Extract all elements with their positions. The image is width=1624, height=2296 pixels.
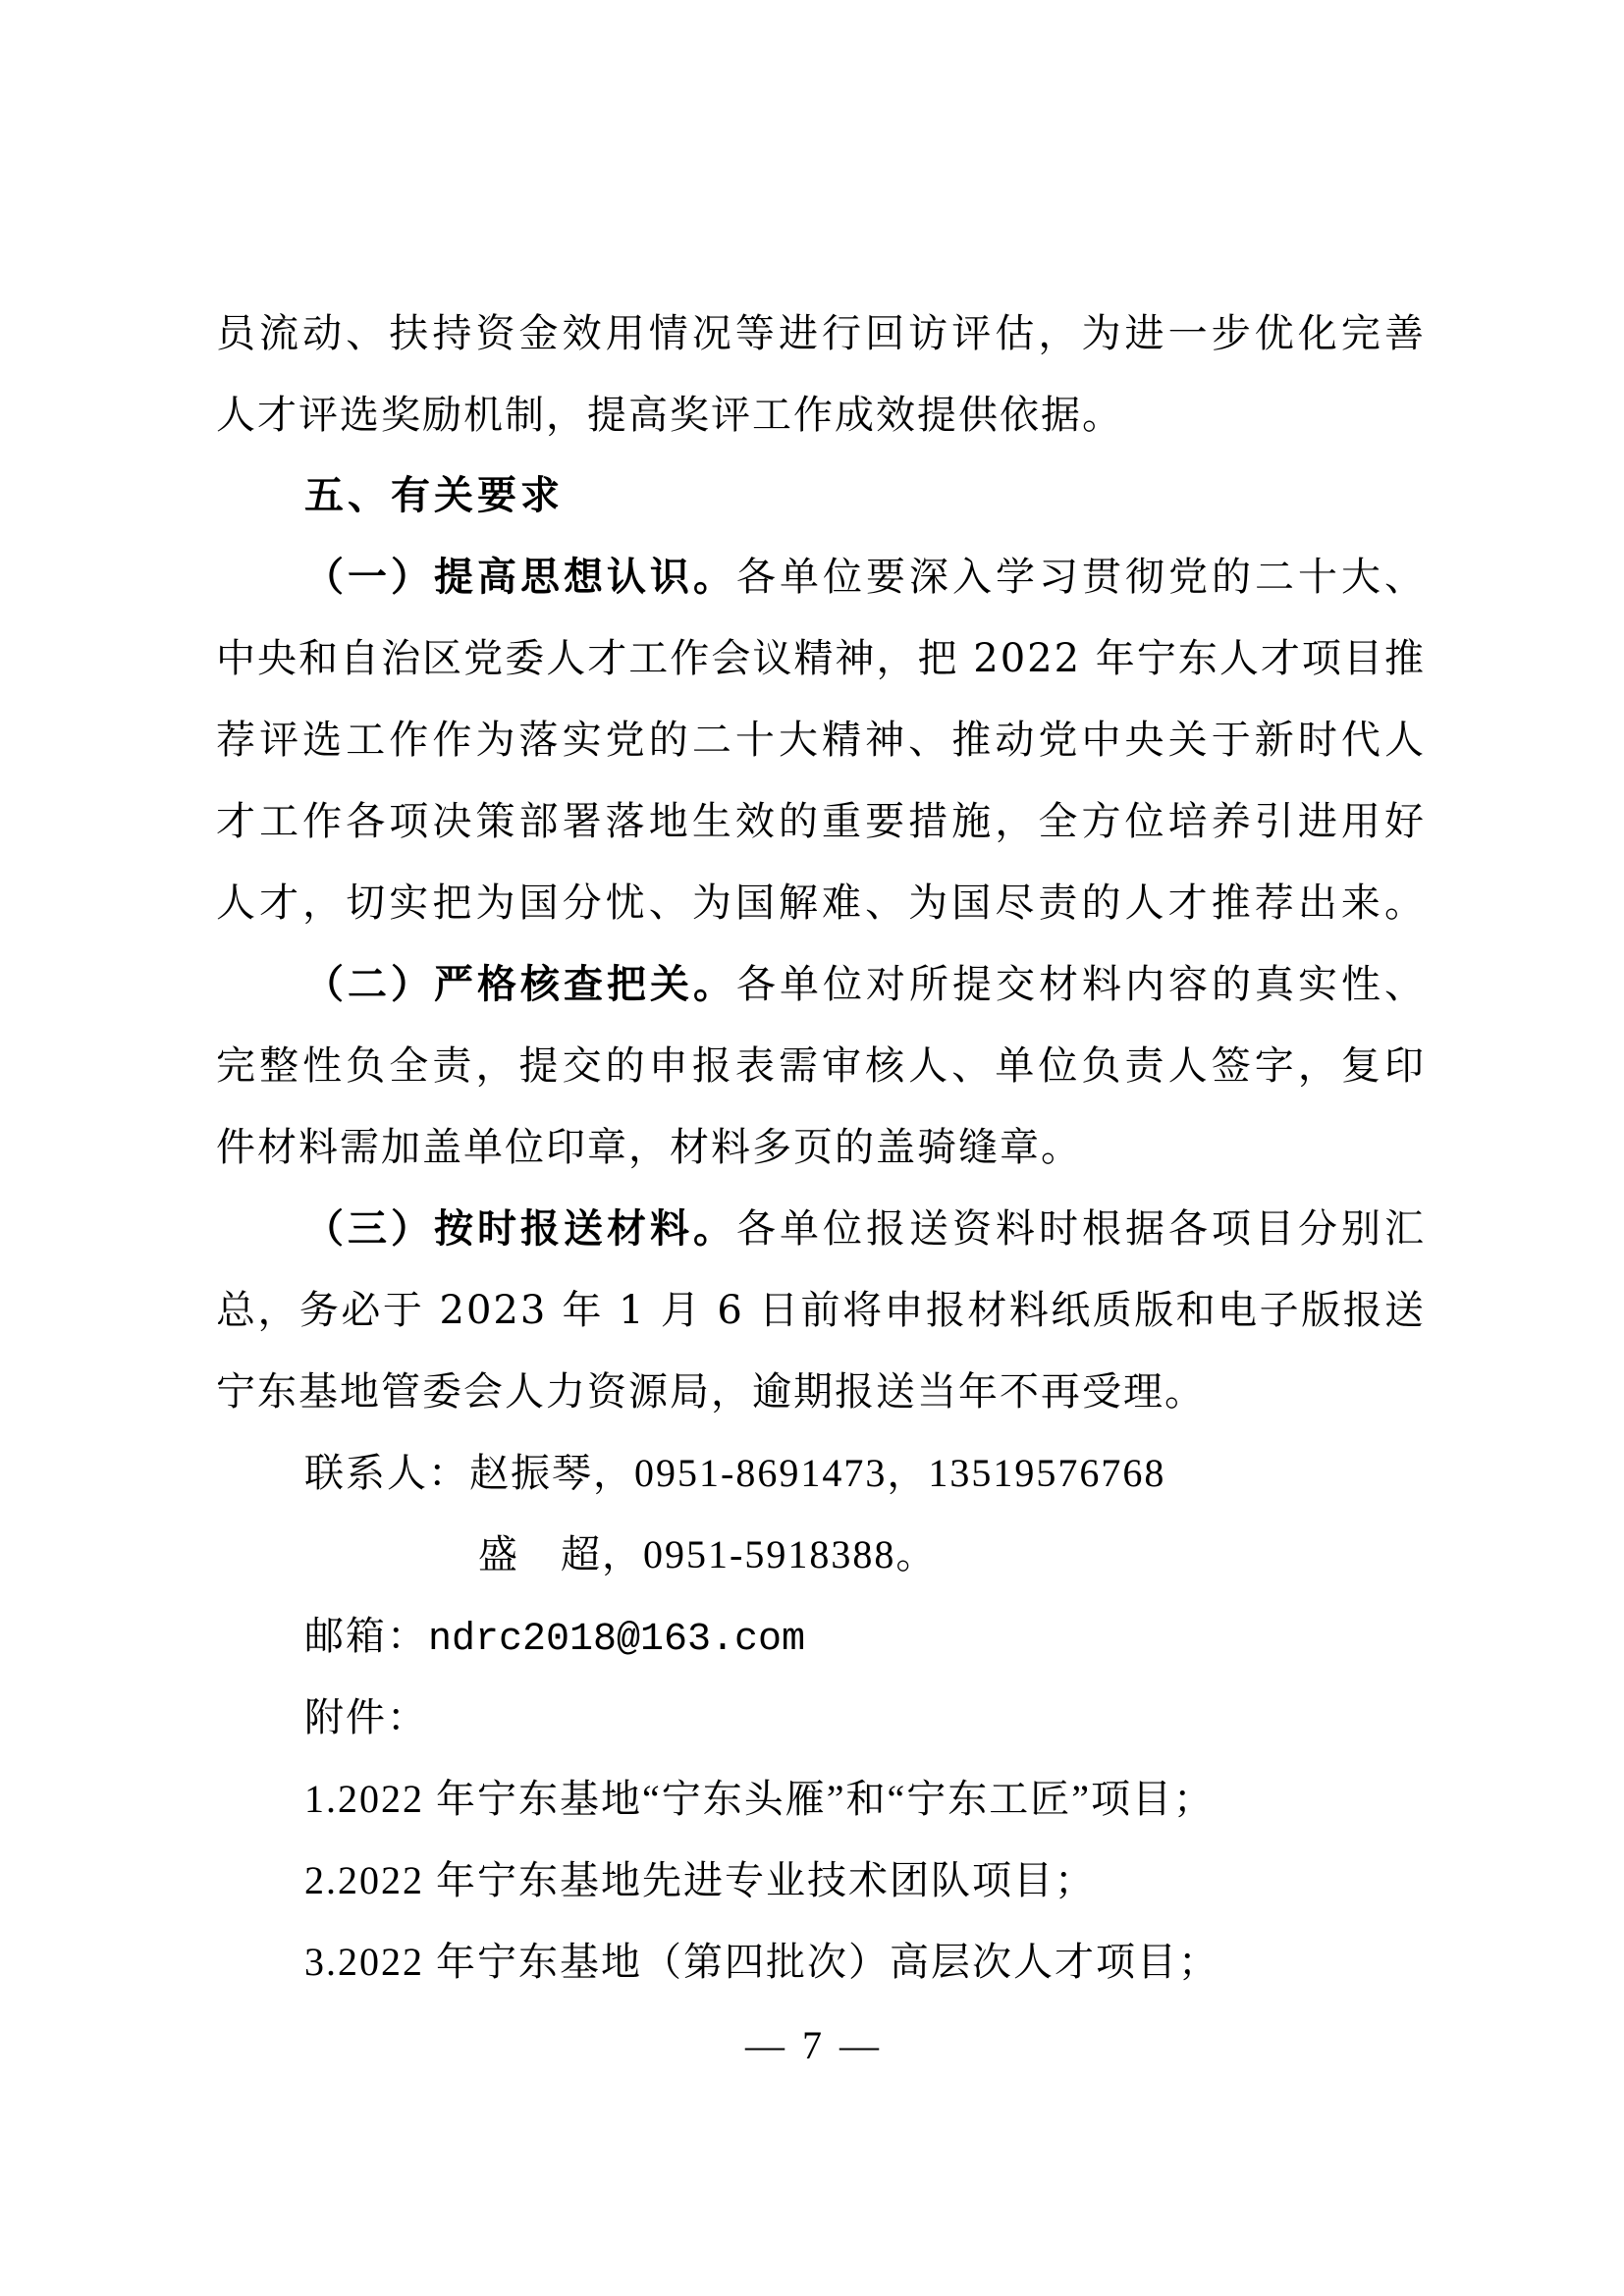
attachment-item-3: 3.2022 年宁东基地（第四批次）高层次人才项目； <box>304 1921 1426 2003</box>
requirement-2-first-line: （二）严格核查把关。各单位对所提交材料内容的真实性、 <box>304 943 1426 1026</box>
requirement-3-first-line: （三）按时报送材料。各单位报送资料时根据各项目分别汇 <box>304 1188 1426 1270</box>
paragraph-line: 完整性负全责，提交的申报表需审核人、单位负责人签字，复印 <box>216 1025 1426 1107</box>
requirement-2-text: 各单位对所提交材料内容的真实性、 <box>736 962 1426 1007</box>
contact-line-1: 联系人：赵振琴，0951-8691473，13519576768 <box>304 1432 1426 1515</box>
requirement-1-first-line: （一）提高思想认识。各单位要深入学习贯彻党的二十大、 <box>304 536 1426 618</box>
contact-person-2: 盛 超，0951-5918388。 <box>478 1514 1362 1596</box>
paragraph-line: 才工作各项决策部署落地生效的重要措施，全方位培养引进用好 <box>216 780 1426 863</box>
requirement-3-title: （三）按时报送材料。 <box>304 1205 736 1252</box>
requirement-1-title: （一）提高思想认识。 <box>304 554 736 600</box>
attachments-label: 附件： <box>304 1677 1426 1759</box>
paragraph-line: 人才，切实把为国分忧、为国解难、为国尽责的人才推荐出来。 <box>216 862 1426 944</box>
email-line: 邮箱：ndrc2018@163.com <box>304 1595 1426 1678</box>
section-heading: 五、有关要求 <box>304 454 1426 537</box>
contact-person-1: 赵振琴，0951-8691473，13519576768 <box>469 1451 1165 1495</box>
paragraph-line: 件材料需加盖单位印章，材料多页的盖骑缝章。 <box>216 1106 1426 1189</box>
paragraph-line: 宁东基地管委会人力资源局，逾期报送当年不再受理。 <box>216 1351 1426 1433</box>
page-number: — 7 — <box>714 2024 910 2067</box>
paragraph-line: 人才评选奖励机制，提高奖评工作成效提供依据。 <box>216 374 1426 456</box>
email-address[interactable]: ndrc2018@163.com <box>428 1618 805 1662</box>
requirement-1-text: 各单位要深入学习贯彻党的二十大、 <box>736 555 1426 600</box>
document-page: 员流动、扶持资金效用情况等进行回访评估，为进一步优化完善 人才评选奖励机制，提高… <box>0 0 1624 2296</box>
requirement-3-text: 各单位报送资料时根据各项目分别汇 <box>736 1206 1426 1252</box>
requirement-2-title: （二）严格核查把关。 <box>304 961 736 1007</box>
paragraph-line: 中央和自治区党委人才工作会议精神，把 2022 年宁东人才项目推 <box>216 617 1426 700</box>
email-label: 邮箱： <box>304 1614 428 1659</box>
paragraph-line: 荐评选工作作为落实党的二十大精神、推动党中央关于新时代人 <box>216 699 1426 781</box>
paragraph-line: 总，务必于 2023 年 1 月 6 日前将申报材料纸质版和电子版报送 <box>216 1269 1426 1352</box>
paragraph-line: 员流动、扶持资金效用情况等进行回访评估，为进一步优化完善 <box>216 293 1426 375</box>
contact-label: 联系人： <box>304 1451 469 1496</box>
attachment-item-2: 2.2022 年宁东基地先进专业技术团队项目； <box>304 1840 1426 1922</box>
attachment-item-1: 1.2022 年宁东基地“宁东头雁”和“宁东工匠”项目； <box>304 1758 1426 1841</box>
